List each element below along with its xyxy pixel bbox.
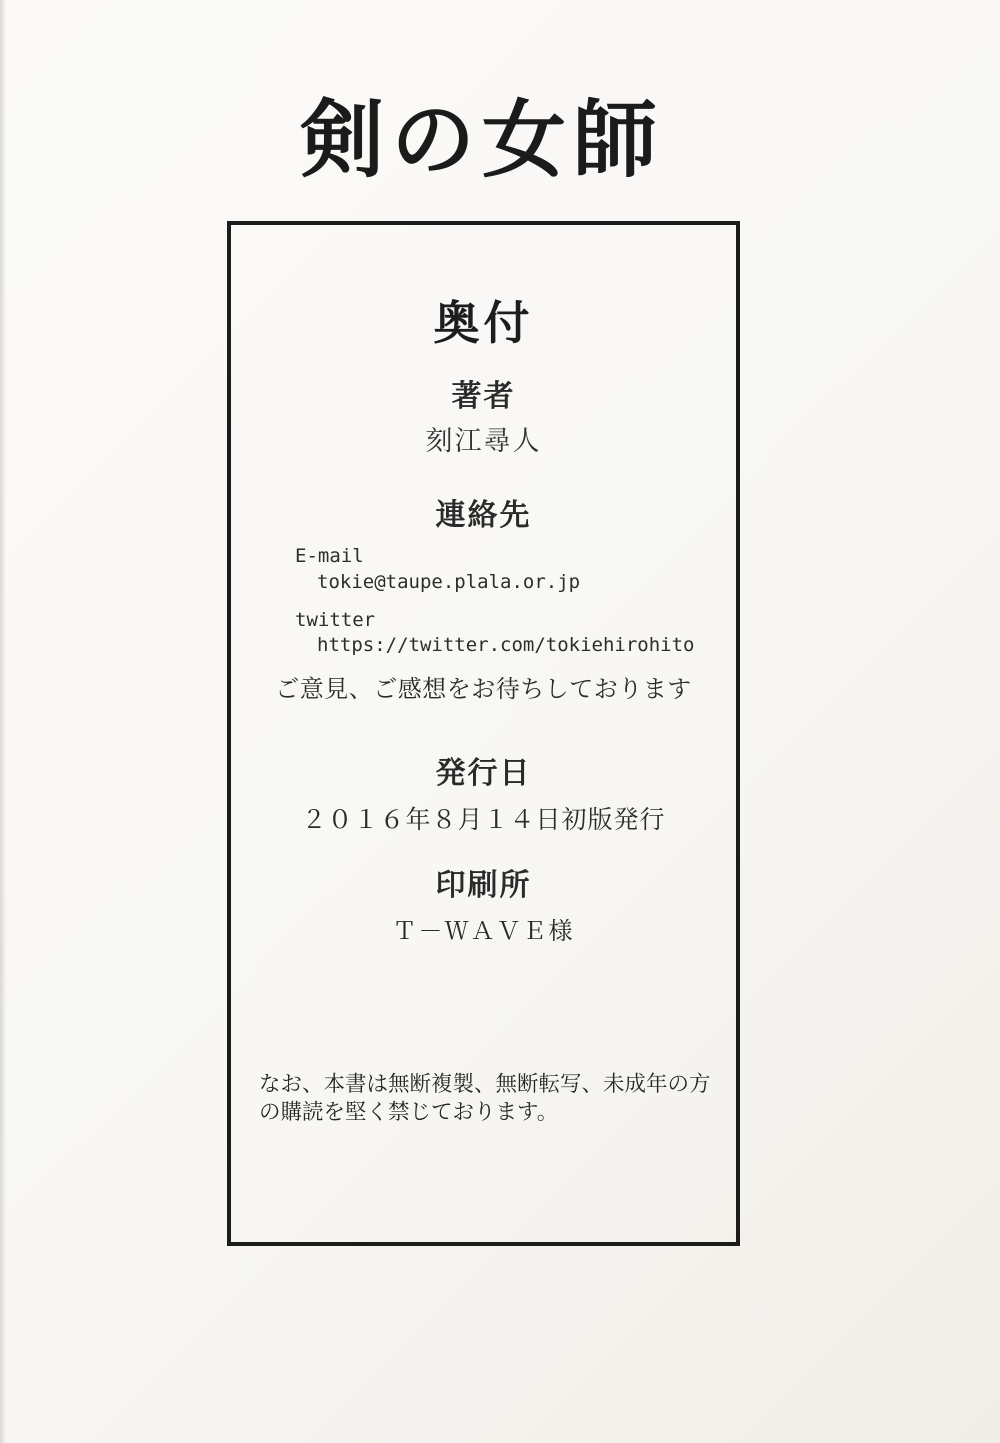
contact-section-label: 連絡先 — [231, 490, 736, 534]
feedback-note: ご意見、ご感想をお待ちしております — [231, 669, 736, 704]
twitter-label: twitter — [295, 609, 695, 633]
printer-section-label: 印刷所 — [231, 860, 736, 904]
colophon-heading: 奥付 — [231, 287, 736, 353]
contact-details: E-mail tokie@taupe.plala.or.jp twitter h… — [295, 545, 695, 658]
author-section-label: 著者 — [231, 371, 736, 415]
email-label: E-mail — [295, 545, 695, 569]
author-name: 刻江尋人 — [231, 419, 736, 458]
book-title: 剣の女師 — [0, 92, 964, 189]
colophon-box: 奥付 著者 刻江尋人 連絡先 E-mail tokie@taupe.plala.… — [227, 221, 740, 1246]
disclaimer-text: なお、本書は無断複製、無断転写、未成年の方の購読を堅く禁じております。 — [259, 1071, 721, 1127]
twitter-url: https://twitter.com/tokiehirohito — [317, 634, 695, 658]
printer-name: Ｔ－ＷＡＶＥ様 — [231, 911, 736, 946]
email-address: tokie@taupe.plala.or.jp — [317, 571, 695, 595]
scan-edge-shadow — [0, 0, 6, 1443]
publication-date-value: ２０１６年８月１４日初版発行 — [231, 800, 736, 836]
scanned-colophon-page: 剣の女師 奥付 著者 刻江尋人 連絡先 E-mail tokie@taupe.p… — [0, 0, 1000, 1443]
publication-date-label: 発行日 — [231, 748, 736, 792]
